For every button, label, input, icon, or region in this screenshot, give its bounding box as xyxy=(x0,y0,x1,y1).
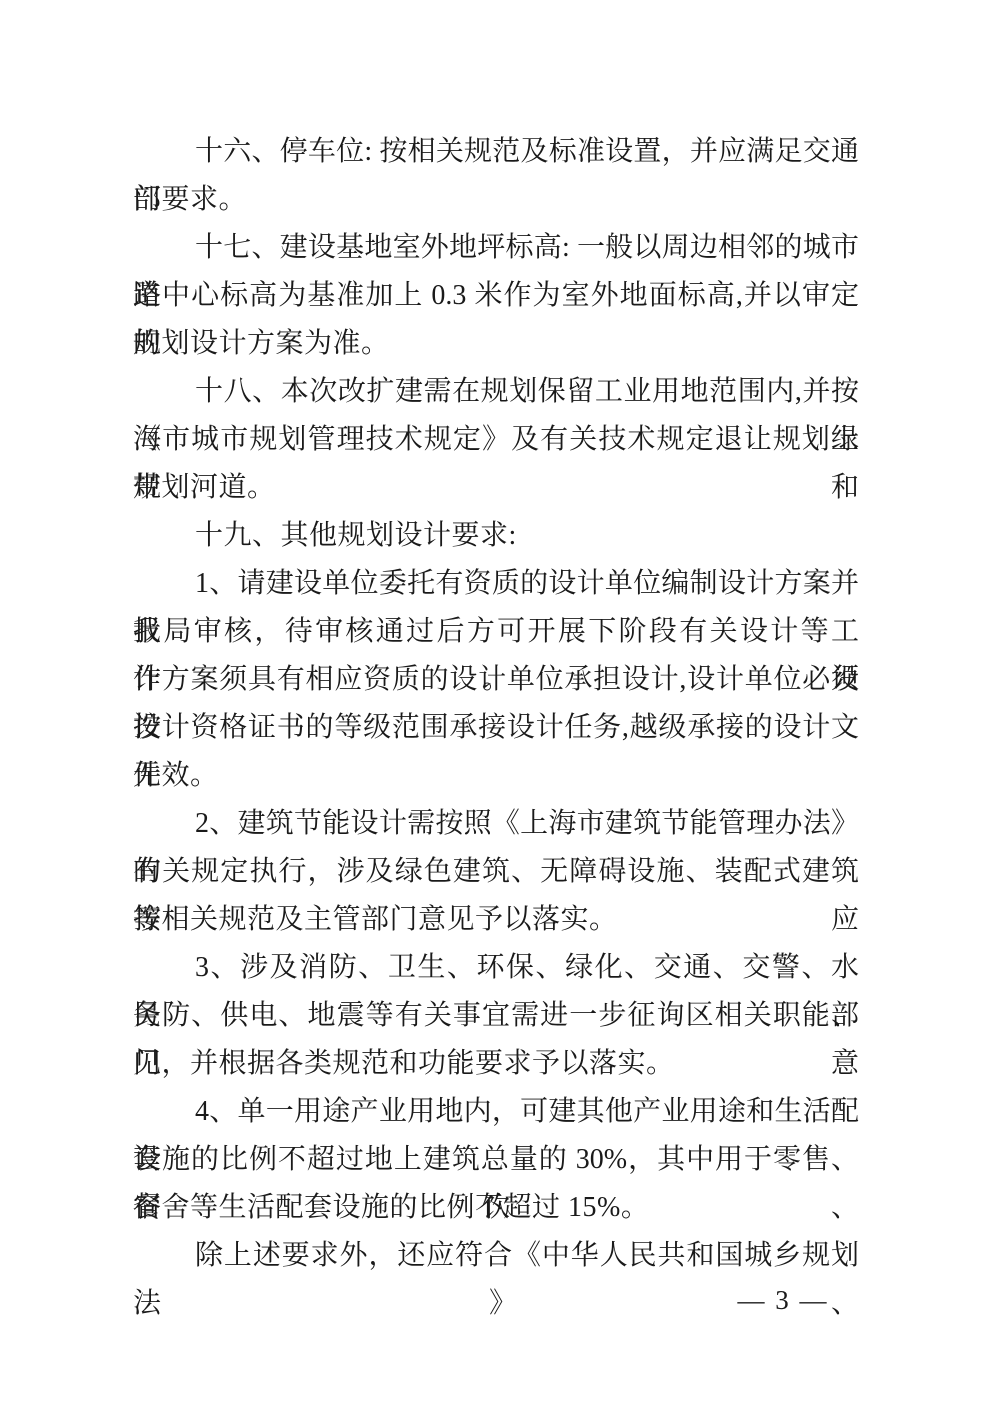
text-line: 门要求。 xyxy=(133,176,859,224)
text-line: 无效。 xyxy=(133,752,859,800)
text-line: 计方案须具有相应资质的设计单位承担设计,设计单位必须按 xyxy=(133,656,859,704)
page-number: — 3 — xyxy=(723,1280,843,1320)
text-line: 除上述要求外，还应符合《中华人民共和国城乡规划法》、 xyxy=(133,1232,859,1280)
document-page: 十六、停车位: 按相关规范及标准设置，并应满足交通部门要求。十七、建设基地室外地… xyxy=(0,0,992,1403)
text-line: 十八、本次改扩建需在规划保留工业用地范围内,并按《上 xyxy=(133,368,859,416)
text-line: 十九、其他规划设计要求: xyxy=(133,512,859,560)
text-line: 设计资格证书的等级范围承接设计任务,越级承接的设计文件 xyxy=(133,704,859,752)
text-line: 1、请建设单位委托有资质的设计单位编制设计方案并报 xyxy=(133,560,859,608)
text-line: 海市城市规划管理技术规定》及有关技术规定退让规划绿带和 xyxy=(133,416,859,464)
text-line: 我局审核，待审核通过后方可开展下阶段有关设计等工作。设 xyxy=(133,608,859,656)
text-line: 设施的比例不超过地上建筑总量的 30%，其中用于零售、餐饮、 xyxy=(133,1136,859,1184)
text-line: 民防、供电、地震等有关事宜需进一步征询区相关职能部门意 xyxy=(133,992,859,1040)
text-line: 2、建筑节能设计需按照《上海市建筑节能管理办法》的 xyxy=(133,800,859,848)
text-line: 3、涉及消防、卫生、环保、绿化、交通、交警、水务、 xyxy=(133,944,859,992)
document-lines: 十六、停车位: 按相关规范及标准设置，并应满足交通部门要求。十七、建设基地室外地… xyxy=(133,128,859,1280)
text-line: 十七、建设基地室外地坪标高: 一般以周边相邻的城市道 xyxy=(133,224,859,272)
text-line: 4、单一用途产业用地内，可建其他产业用途和生活配套 xyxy=(133,1088,859,1136)
text-line: 有关规定执行，涉及绿色建筑、无障碍设施、装配式建筑等应 xyxy=(133,848,859,896)
text-line: 规划设计方案为准。 xyxy=(133,320,859,368)
text-line: 十六、停车位: 按相关规范及标准设置，并应满足交通部 xyxy=(133,128,859,176)
text-line: 路中心标高为基准加上 0.3 米作为室外地面标高,并以审定的 xyxy=(133,272,859,320)
